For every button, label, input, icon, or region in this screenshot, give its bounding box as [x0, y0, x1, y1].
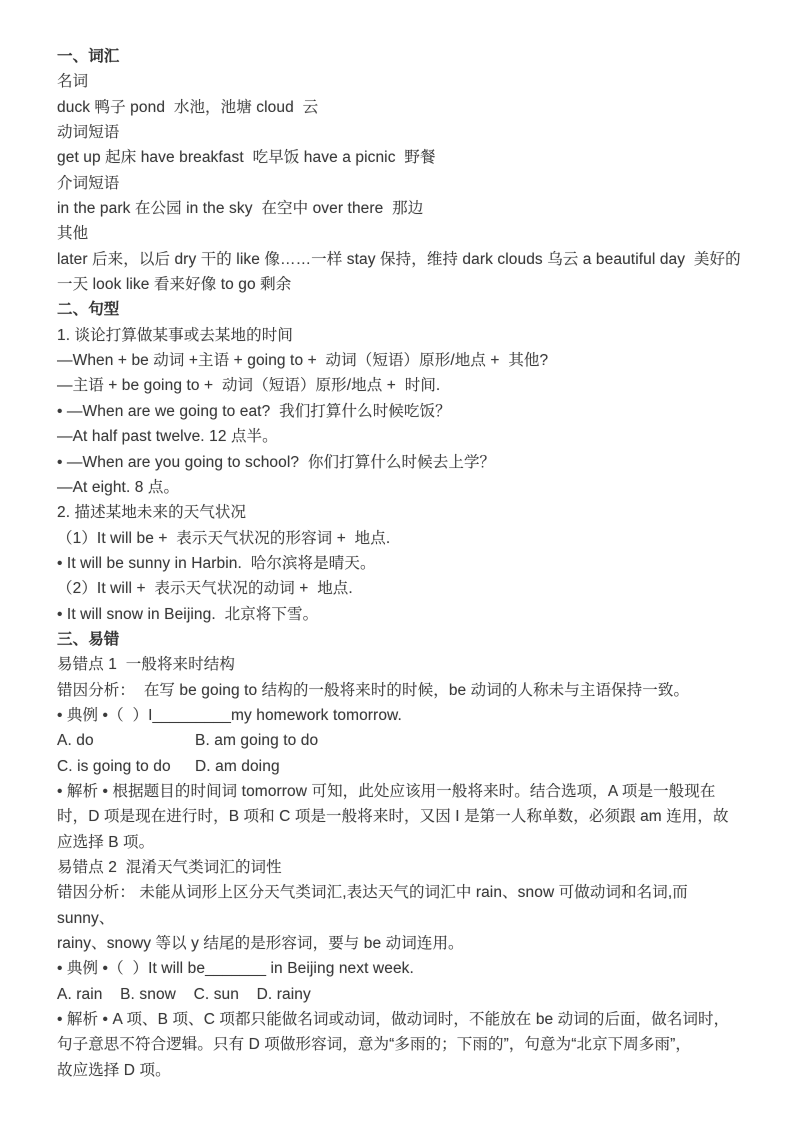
text-line: —At eight. 8 点。 [57, 475, 741, 500]
text-line: （1）It will be + 表示天气状况的形容词 + 地点. [57, 526, 741, 551]
text-line: 故应选择 D 项。 [57, 1058, 741, 1083]
text-line: 名词 [57, 69, 741, 94]
text-line: • 典例 •（ ）I_________my homework tomorrow. [57, 703, 741, 728]
text-line: in the park 在公园 in the sky 在空中 over ther… [57, 196, 741, 221]
document-page: 一、词汇名词duck 鸭子 pond 水池，池塘 cloud 云动词短语get … [57, 44, 741, 1083]
text-line: 1. 谈论打算做某事或去某地的时间 [57, 323, 741, 348]
options-row: A. doB. am going to do [57, 728, 741, 753]
text-line: • 解析 • A 项、B 项、C 项都只能做名词或动词，做动词时，不能放在 be… [57, 1007, 741, 1032]
section-heading: 三、易错 [57, 627, 741, 652]
text-line: —At half past twelve. 12 点半。 [57, 424, 741, 449]
text-line: 易错点 2 混淆天气类词汇的词性 [57, 855, 741, 880]
text-line: A. rain B. snow C. sun D. rainy [57, 982, 741, 1007]
text-line: 错因分析： 在写 be going to 结构的一般将来时的时候，be 动词的人… [57, 678, 741, 703]
text-line: • 典例 •（ ）It will be_______ in Beijing ne… [57, 956, 741, 981]
document-content: 一、词汇名词duck 鸭子 pond 水池，池塘 cloud 云动词短语get … [57, 44, 741, 1083]
text-line: • It will be sunny in Harbin. 哈尔滨将是晴天。 [57, 551, 741, 576]
text-line: 2. 描述某地未来的天气状况 [57, 500, 741, 525]
text-line: 一天 look like 看来好像 to go 剩余 [57, 272, 741, 297]
text-line: —When + be 动词 +主语 + going to + 动词（短语）原形/… [57, 348, 741, 373]
option-item: A. do [57, 728, 195, 753]
text-line: 动词短语 [57, 120, 741, 145]
option-item: D. am doing [195, 754, 280, 779]
section-heading: 一、词汇 [57, 44, 741, 69]
option-item: B. am going to do [195, 728, 318, 753]
text-line: 介词短语 [57, 171, 741, 196]
option-item: C. is going to do [57, 754, 195, 779]
text-line: • 解析 • 根据题目的时间词 tomorrow 可知，此处应该用一般将来时。结… [57, 779, 741, 804]
text-line: rainy、snowy 等以 y 结尾的是形容词，要与 be 动词连用。 [57, 931, 741, 956]
text-line: 时，D 项是现在进行时，B 项和 C 项是一般将来时，又因 I 是第一人称单数，… [57, 804, 741, 829]
text-line: 易错点 1 一般将来时结构 [57, 652, 741, 677]
section-heading: 二、句型 [57, 297, 741, 322]
text-line: （2）It will + 表示天气状况的动词 + 地点. [57, 576, 741, 601]
text-line: —主语 + be going to + 动词（短语）原形/地点 + 时间. [57, 373, 741, 398]
text-line: 应选择 B 项。 [57, 830, 741, 855]
text-line: 句子意思不符合逻辑。只有 D 项做形容词，意为“多雨的；下雨的”，句意为“北京下… [57, 1032, 741, 1057]
text-line: • —When are we going to eat? 我们打算什么时候吃饭？ [57, 399, 741, 424]
text-line: 其他 [57, 221, 741, 246]
text-line: • —When are you going to school? 你们打算什么时… [57, 450, 741, 475]
text-line: 错因分析： 未能从词形上区分天气类词汇,表达天气的词汇中 rain、snow 可… [57, 880, 741, 931]
options-row: C. is going to doD. am doing [57, 754, 741, 779]
text-line: get up 起床 have breakfast 吃早饭 have a picn… [57, 145, 741, 170]
text-line: later 后来，以后 dry 干的 like 像……一样 stay 保持，维持… [57, 247, 741, 272]
text-line: • It will snow in Beijing. 北京将下雪。 [57, 602, 741, 627]
text-line: duck 鸭子 pond 水池，池塘 cloud 云 [57, 95, 741, 120]
